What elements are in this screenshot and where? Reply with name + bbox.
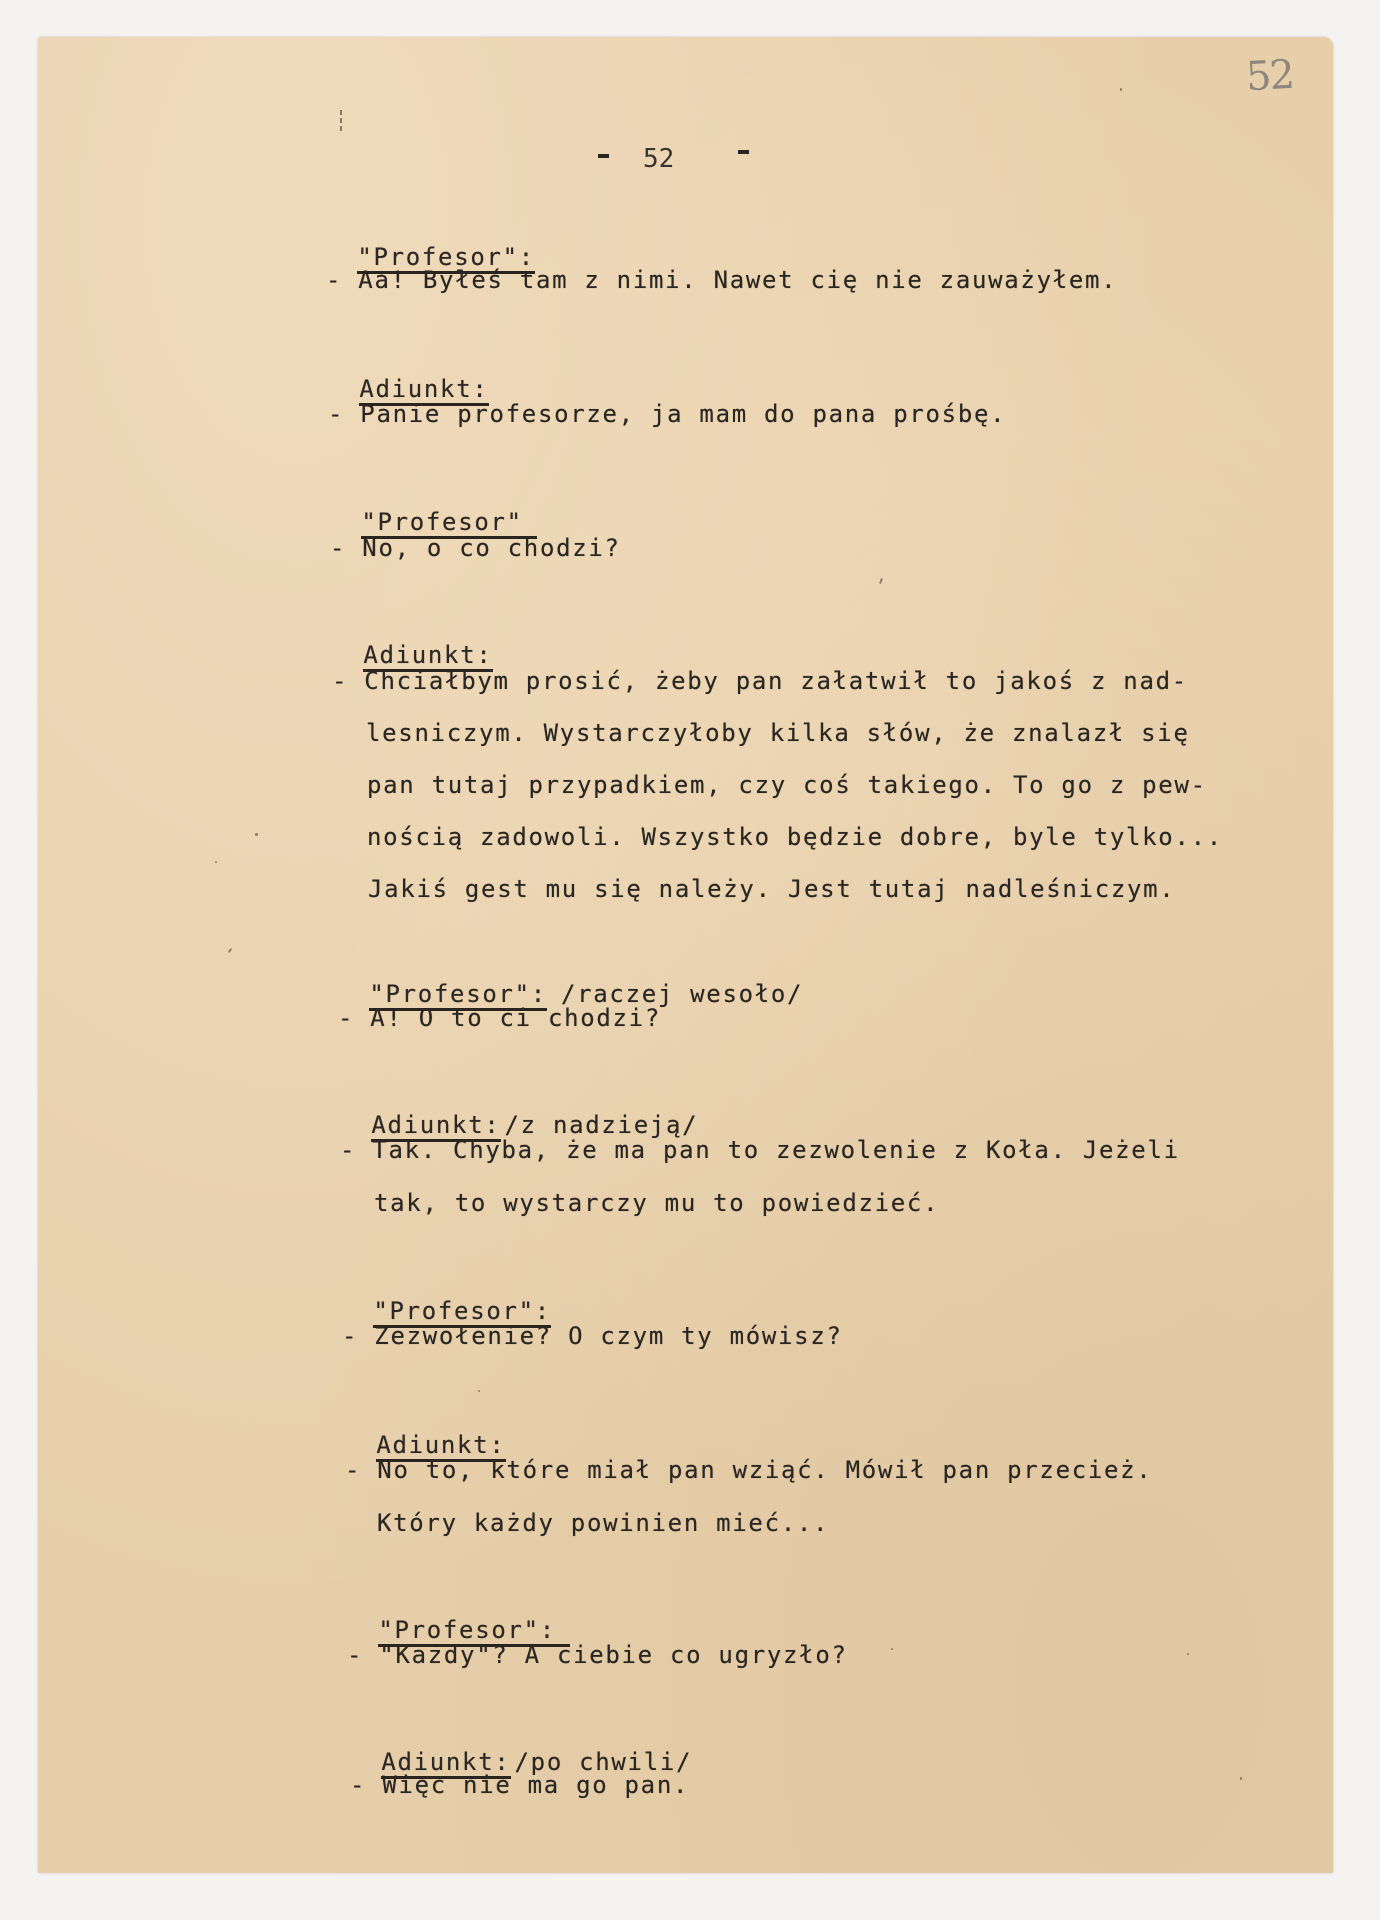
speaker-line: Adiunkt:: [327, 353, 489, 406]
paper-speck: [1187, 1653, 1189, 1655]
dialogue-line: - Panie profesorze, ja mam do pana prośb…: [328, 402, 1006, 426]
page-number: 52: [643, 146, 674, 172]
dialogue-line: - Chciałbym prosić, żeby pan załatwił to…: [332, 669, 1188, 693]
speaker-line: "Profesor": [329, 486, 537, 539]
dialogue-line: - "Każdy"? A ciebie co ugryzło?: [347, 1643, 848, 1667]
dialogue-continuation-line: nością zadowoli. Wszystko będzie dobre, …: [367, 825, 1223, 849]
dialogue-line: - No to, które miał pan wziąć. Mówił pan…: [345, 1458, 1152, 1482]
page-number-right-dash: [738, 150, 749, 154]
handwritten-page-number: 52: [1245, 55, 1294, 97]
paper-speck: [255, 833, 258, 836]
paper-speck: [1120, 88, 1122, 91]
dialogue-line: - Aa! Byłeś tam z nimi. Nawet cię nie za…: [326, 268, 1117, 292]
dialogue-line: - Tak. Chyba, że ma pan to zezwolenie z …: [340, 1138, 1180, 1162]
speaker-line: Adiunkt:/z nadzieją/: [339, 1089, 698, 1142]
paper-speck: [215, 861, 217, 863]
speaker-line: Adiunkt:: [331, 619, 493, 672]
speaker-line: "Profesor":: [346, 1594, 570, 1647]
dialogue-continuation-line: Który każdy powinien mieć...: [377, 1511, 829, 1535]
dialogue-continuation-line: Jakiś gest mu się należy. Jest tutaj nad…: [368, 877, 1175, 901]
dialogue-line: - A! O to ci chodzi?: [338, 1006, 661, 1030]
paper-speck: [478, 1390, 480, 1392]
dialogue-line: - Zezwołenie? O czym ty mówisz?: [342, 1324, 843, 1348]
dialogue-line: - Więc nie ma go pan.: [350, 1773, 689, 1797]
dialogue-continuation-line: tak, to wystarczy mu to powiedzieć.: [374, 1191, 939, 1215]
typewritten-page: [38, 37, 1333, 1873]
dialogue-continuation-line: lesniczym. Wystarczyłoby kilka słów, że …: [366, 721, 1190, 745]
paper-speck: [1240, 1777, 1242, 1780]
page-number-left-dash: [598, 154, 609, 158]
dialogue-line: - No, o co chodzi?: [330, 536, 621, 560]
paper-speck: [891, 1648, 893, 1650]
stage-direction: /z nadzieją/: [505, 1111, 699, 1139]
speaker-line: "Profesor":: [341, 1275, 551, 1328]
margin-tick-mark: [340, 110, 342, 132]
speaker-line: Adiunkt:: [344, 1409, 506, 1462]
dialogue-continuation-line: pan tutaj przypadkiem, czy coś takiego. …: [367, 773, 1207, 797]
